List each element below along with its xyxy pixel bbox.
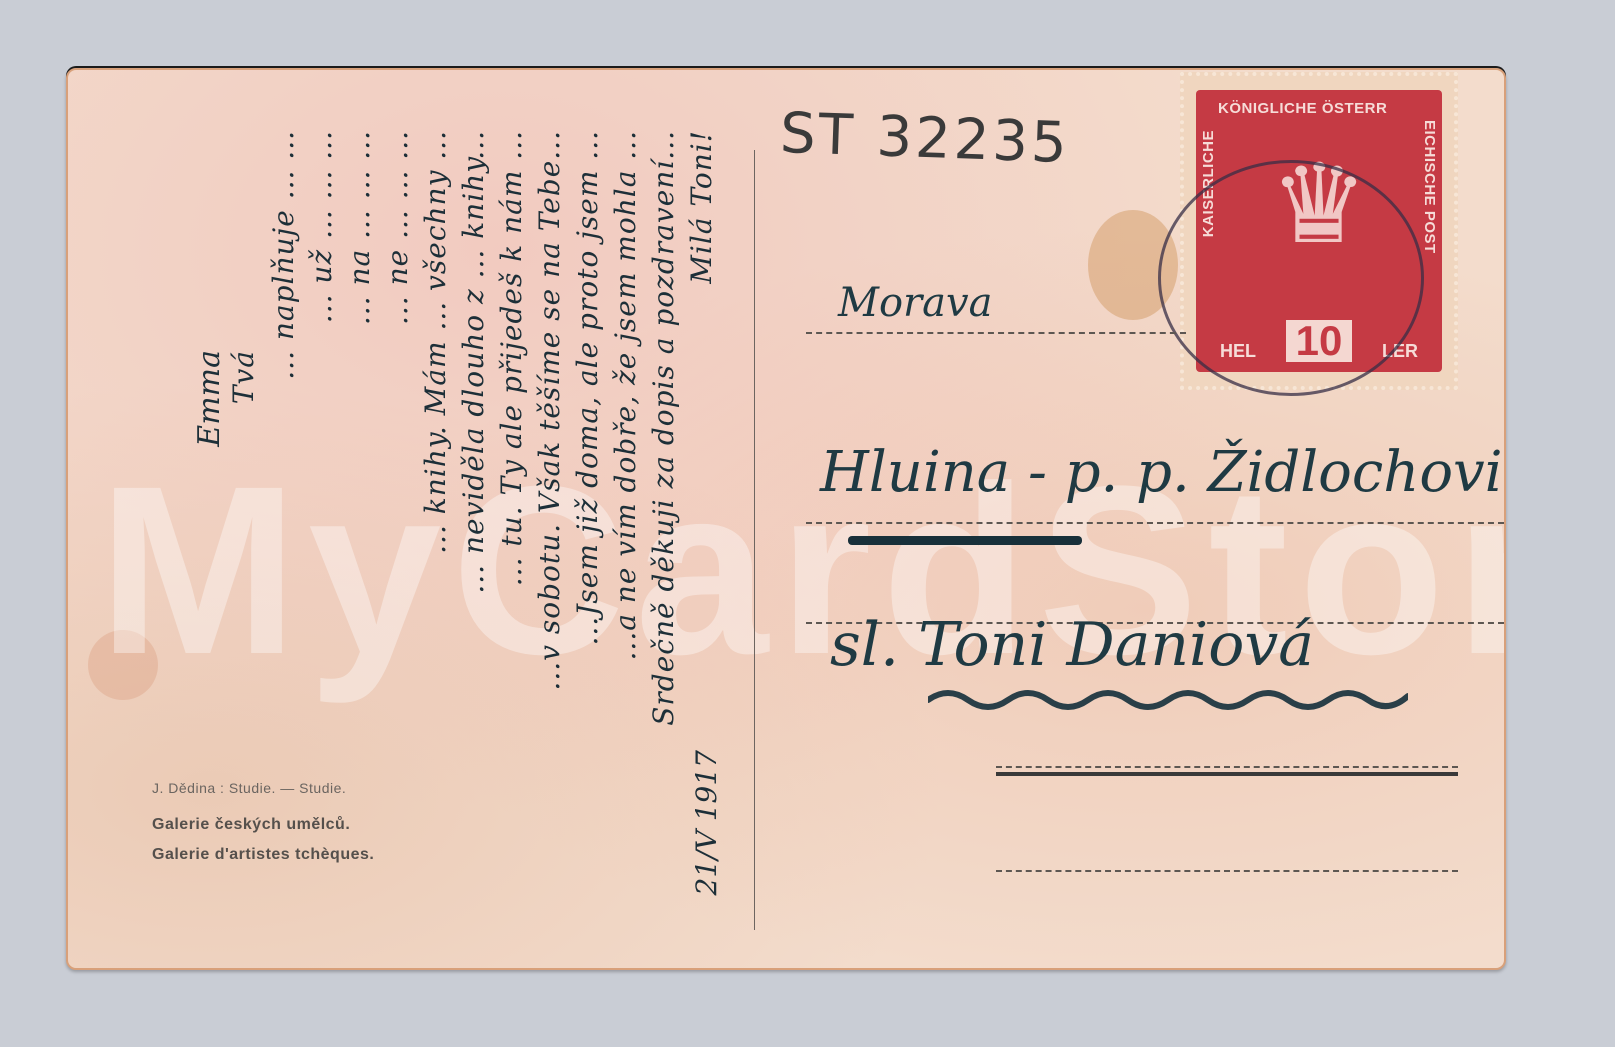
message-line: ...v sobotu. Však těšíme se na Tebe... xyxy=(536,130,564,691)
stamp-top-text: KÖNIGLICHE ÖSTERR xyxy=(1218,100,1387,117)
message-line: ...a ne vím dobře, že jsem mohla ... xyxy=(612,130,640,660)
foxing-stain xyxy=(88,630,158,700)
gallery-caption-czech: Galerie českých umělců. xyxy=(152,816,350,834)
recipient-wavy-underline xyxy=(928,682,1408,712)
archive-number: ST 32235 xyxy=(779,101,1071,176)
stamp-right-text: EICHISCHE POST xyxy=(1421,120,1438,254)
message-line: ... už ... ... ... xyxy=(308,130,336,323)
message-line: ... ne ... ... ... xyxy=(384,130,412,325)
address-line xyxy=(996,870,1458,872)
postmark-circle xyxy=(1158,160,1424,396)
message-line: ... naplňuje ... ... xyxy=(270,130,298,380)
address-line xyxy=(996,772,1458,776)
message-date: 21/V 1917 xyxy=(690,750,723,895)
address-line xyxy=(806,522,1504,524)
message-line: ... neviděla dlouho z ... knihy... xyxy=(460,130,488,594)
message-line: ... na ... ... ... xyxy=(346,130,374,325)
address-line xyxy=(996,766,1458,768)
address-town: Hluina - p. p. Židlochovice xyxy=(820,440,1506,505)
message-line: ...Jsem již doma, ale proto jsem ... xyxy=(574,130,602,646)
message-closing: Tvá xyxy=(230,350,258,404)
address-region: Morava xyxy=(838,280,992,326)
town-underline xyxy=(848,536,1082,545)
handwritten-message: Milá Toni! Srdečně děkuji za dopis a poz… xyxy=(168,110,748,930)
center-divider xyxy=(754,150,755,930)
message-line: Srdečně děkuji za dopis a pozdravení... xyxy=(650,130,678,726)
artist-caption: J. Dědina : Studie. — Studie. xyxy=(152,780,346,796)
message-line: ... tu. Ty ale přijedeš k nám ... xyxy=(498,130,526,586)
address-line xyxy=(806,332,1186,334)
postcard: MyCardStore ST 32235 Milá Toni! Srdečně … xyxy=(66,68,1506,970)
address-recipient: sl. Toni Daniová xyxy=(830,610,1314,680)
signature: Emma xyxy=(192,350,227,447)
message-line: ... knihy. Mám ... všechny ... xyxy=(422,130,450,554)
gallery-caption-french: Galerie d'artistes tchèques. xyxy=(152,846,374,864)
message-greeting: Milá Toni! xyxy=(688,130,716,284)
